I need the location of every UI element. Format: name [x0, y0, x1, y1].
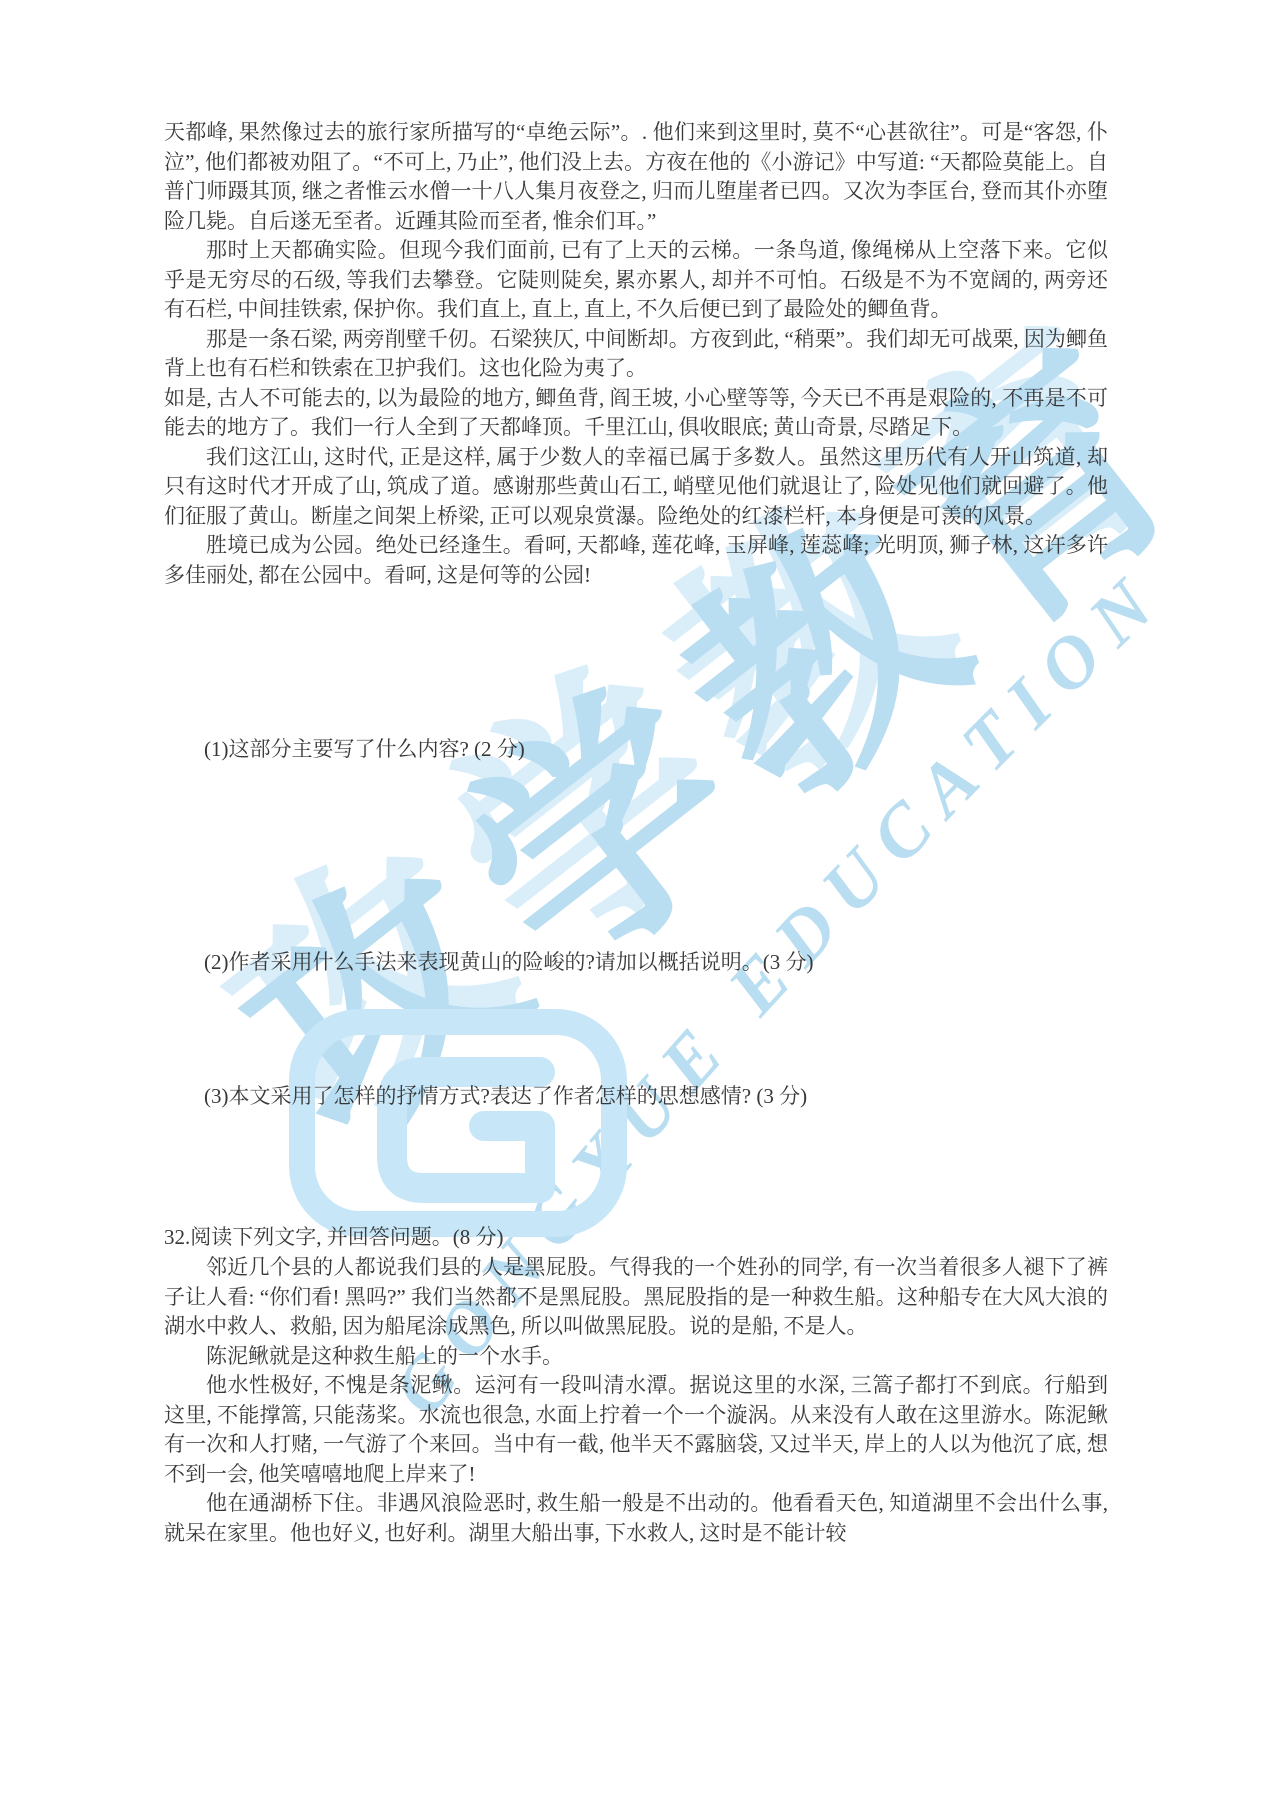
watermark-logo	[302, 1022, 614, 1224]
passage-paragraph-5: 我们这江山, 这时代, 正是这样, 属于少数人的幸福已属于多数人。虽然这里历代有…	[164, 443, 1108, 532]
question-2-text: (2)作者采用什么手法来表现黄山的险峻的?请加以概括说明。(3 分)	[204, 948, 1148, 978]
section-32-header: 32.阅读下列文字, 并回答问题。(8 分)	[164, 1223, 1108, 1253]
passage-chen-niqiu: 邻近几个县的人都说我们县的人是黑屁股。气得我的一个姓孙的同学, 有一次当着很多人…	[164, 1253, 1108, 1548]
question-3: (3)本文采用了怎样的抒情方式?表达了作者怎样的思想感情? (3 分)	[164, 1082, 1148, 1112]
section-32-header-text: 32.阅读下列文字, 并回答问题。(8 分)	[164, 1223, 1108, 1253]
exam-page: 攻学教育 攻学教育 GONGXUE EDUCATION 天都峰, 果然像过去的旅…	[0, 0, 1272, 1800]
passage-paragraph-6: 胜境已成为公园。绝处已经逢生。看呵, 天都峰, 莲花峰, 玉屏峰, 莲蕊峰; 光…	[164, 531, 1108, 590]
passage2-paragraph-4: 他在通湖桥下住。非遇风浪险恶时, 救生船一般是不出动的。他看看天色, 知道湖里不…	[164, 1489, 1108, 1548]
passage2-paragraph-3: 他水性极好, 不愧是条泥鳅。运河有一段叫清水潭。据说这里的水深, 三篙子都打不到…	[164, 1371, 1108, 1489]
question-2: (2)作者采用什么手法来表现黄山的险峻的?请加以概括说明。(3 分)	[164, 948, 1148, 978]
logo-rounded-square	[302, 1022, 614, 1224]
passage2-paragraph-1: 邻近几个县的人都说我们县的人是黑屁股。气得我的一个姓孙的同学, 有一次当着很多人…	[164, 1253, 1108, 1342]
passage-paragraph-2: 那时上天都确实险。但现今我们面前, 已有了上天的云梯。一条鸟道, 像绳梯从上空落…	[164, 236, 1108, 325]
passage-huangshan: 天都峰, 果然像过去的旅行家所描写的“卓绝云际”。. 他们来到这里时, 莫不“心…	[164, 118, 1108, 590]
question-3-text: (3)本文采用了怎样的抒情方式?表达了作者怎样的思想感情? (3 分)	[204, 1082, 1148, 1112]
passage-paragraph-1: 天都峰, 果然像过去的旅行家所描写的“卓绝云际”。. 他们来到这里时, 莫不“心…	[164, 118, 1108, 236]
passage-paragraph-4: 如是, 古人不可能去的, 以为最险的地方, 鲫鱼背, 阎王坡, 小心壁等等, 今…	[164, 384, 1108, 443]
passage-paragraph-3: 那是一条石梁, 两旁削壁千仞。石梁狭仄, 中间断却。方夜到此, “稍栗”。我们却…	[164, 325, 1108, 384]
question-1: (1)这部分主要写了什么内容? (2 分)	[164, 735, 1148, 765]
question-1-text: (1)这部分主要写了什么内容? (2 分)	[204, 735, 1148, 765]
passage2-paragraph-2: 陈泥鳅就是这种救生船上的一个水手。	[164, 1342, 1108, 1372]
